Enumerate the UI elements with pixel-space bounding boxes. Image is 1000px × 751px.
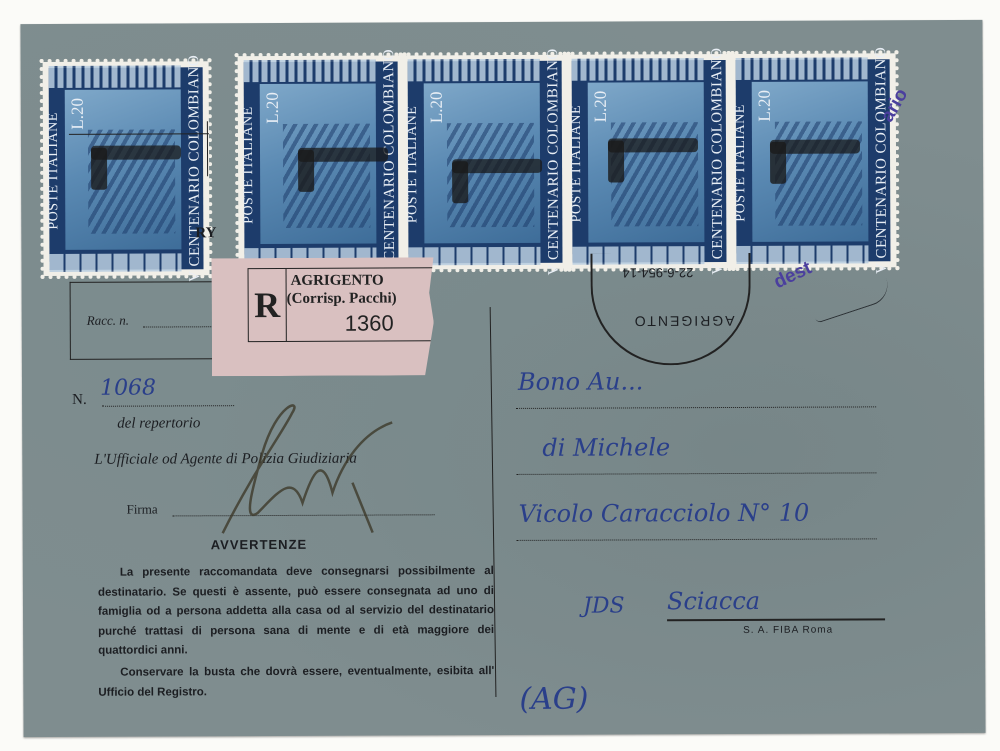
registration-office: AGRIGENTO — [291, 273, 384, 290]
cancel-mark — [91, 141, 181, 189]
stamp-strip-4: POSTE ITALIANE V CENTENARIO COLOMBIANO L… — [730, 53, 897, 268]
racc-box: Racc. n. — [70, 281, 217, 360]
stamp-strip-2: POSTE ITALIANE V CENTENARIO COLOMBIANO L… — [402, 55, 569, 270]
avvertenze-title: AVVERTENZE — [211, 537, 308, 552]
avvertenze-paragraph-2: Conservare la busta che dovrà essere, ev… — [98, 662, 494, 703]
n-label: N. — [72, 392, 87, 409]
envelope: POSTE ITALIANE V CENTENARIO COLOMBIANO L… — [20, 20, 985, 737]
n-value: 1068 — [100, 376, 156, 401]
address-line-1: Bono Au... — [518, 367, 643, 396]
officer-signature — [182, 392, 403, 543]
address-line-3: Vicolo Caracciolo N° 10 — [519, 499, 810, 528]
partial-printed-label: RY — [195, 225, 216, 242]
racc-label: Racc. n. — [87, 313, 129, 329]
registration-label: R AGRIGENTO (Corrisp. Pacchi) 1360 — [211, 257, 434, 376]
postmark-town: AGRIGENTO — [633, 313, 735, 329]
printer-imprint: S. A. FIBA Roma — [743, 625, 833, 636]
postmark-date: 22-6-954-14 — [623, 265, 694, 280]
pencil-initials — [810, 278, 893, 323]
address-line-2: di Michele — [542, 433, 670, 462]
cancel-mark — [608, 134, 698, 182]
city-underline — [667, 618, 885, 621]
firma-label: Firma — [127, 502, 158, 518]
registration-letter: R — [249, 269, 287, 341]
address-note: JDS — [583, 593, 625, 618]
avvertenze-paragraph-1: La presente raccomandata deve consegnars… — [98, 562, 494, 661]
address-city: Sciacca — [667, 587, 760, 615]
stamp-strip-1: POSTE ITALIANE V CENTENARIO COLOMBIANO L… — [238, 55, 405, 270]
registration-service: (Corrisp. Pacchi) — [287, 290, 397, 307]
cancel-mark — [770, 135, 860, 183]
cancel-mark — [452, 155, 542, 203]
postmark: 22-6-954-14 AGRIGENTO — [590, 253, 750, 366]
registration-number: 1360 — [345, 310, 394, 336]
cancel-mark — [298, 143, 388, 191]
stamp-strip-3: POSTE ITALIANE V CENTENARIO COLOMBIANO L… — [566, 54, 733, 269]
stamp-single: POSTE ITALIANE V CENTENARIO COLOMBIANO L… — [43, 61, 210, 276]
address-province: (AG) — [519, 682, 588, 717]
